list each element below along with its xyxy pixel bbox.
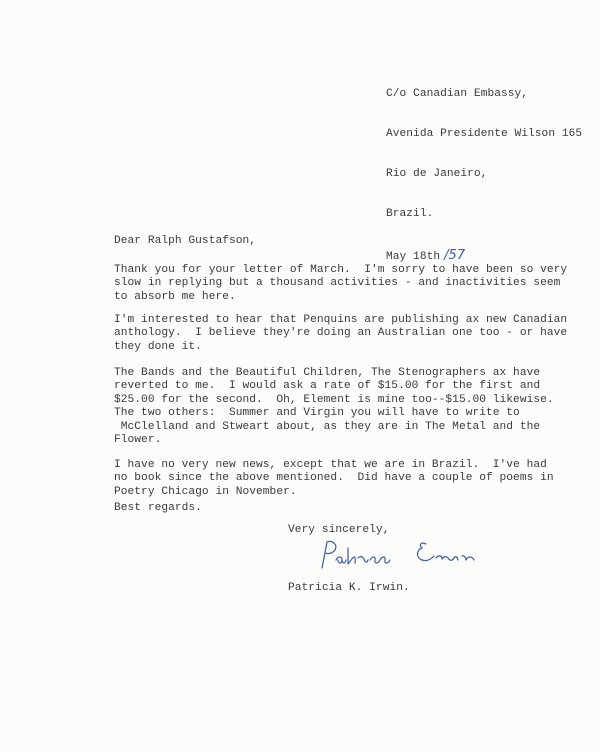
paragraph-1: Thank you for your letter of March. I'm … [114,264,567,304]
letter-page: C/o Canadian Embassy, Avenida Presidente… [0,0,600,752]
handwritten-signature [318,538,518,579]
address-line: Rio de Janeiro, [386,168,582,181]
typed-name: Patricia K. Irwin. [288,582,410,595]
signature-scribble-icon [318,538,518,574]
date-line: May 18th/57 [386,249,582,264]
address-line: Avenida Presidente Wilson 165 [386,128,582,141]
address-line: Brazil. [386,208,582,221]
return-address: C/o Canadian Embassy, Avenida Presidente… [386,61,582,291]
closing: Best regards. [114,502,202,515]
valediction: Very sincerely, [288,524,389,537]
salutation: Dear Ralph Gustafson, [114,235,256,248]
date-typed: May 18th [386,251,440,263]
paragraph-4: I have no very new news, except that we … [114,459,554,499]
paragraph-2: I'm interested to hear that Penquins are… [114,314,567,354]
date-handwritten-year: /57 [444,248,465,263]
address-line: C/o Canadian Embassy, [386,88,582,101]
paragraph-3: The Bands and the Beautiful Children, Th… [114,367,554,447]
